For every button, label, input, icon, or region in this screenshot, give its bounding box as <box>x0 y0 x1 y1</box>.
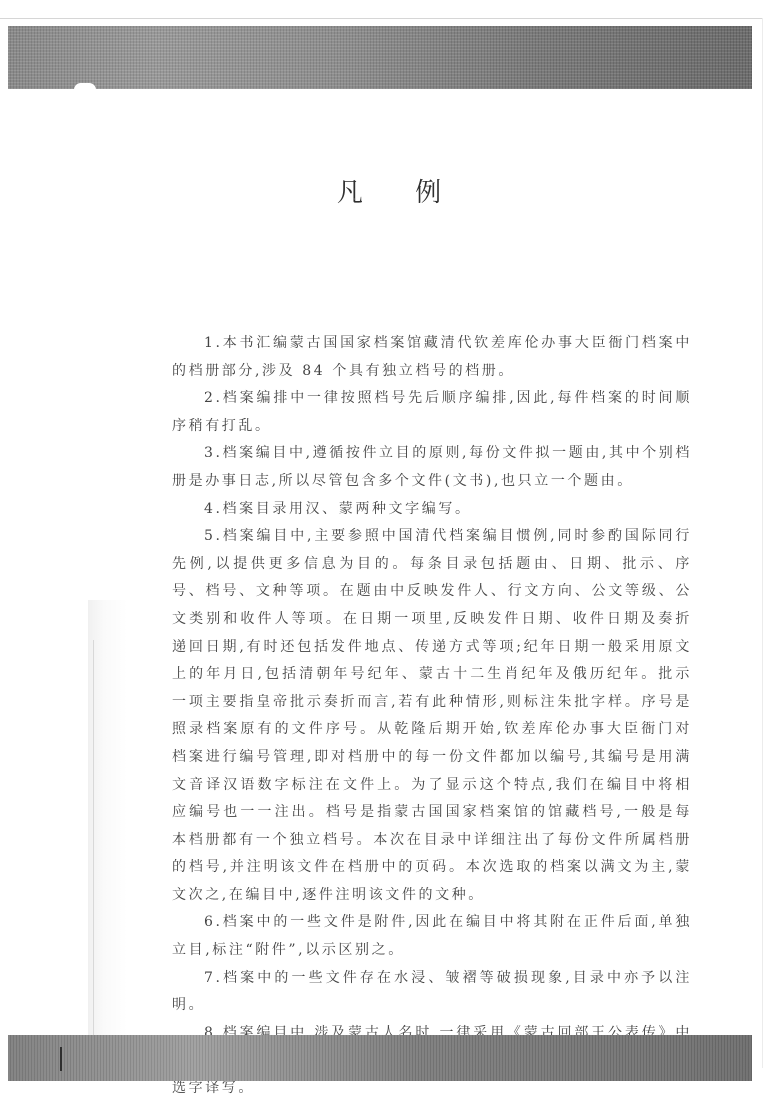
document-body: 1.本书汇编蒙古国国家档案馆藏清代钦差库伦办事大臣衙门档案中的档册部分,涉及 8… <box>172 330 692 1101</box>
page-top-edge <box>0 18 762 19</box>
binding-fold-line <box>93 640 94 1038</box>
paragraph-3: 3.档案编目中,遵循按件立目的原则,每份文件拟一题由,其中个别档册是办事日志,所… <box>172 440 692 495</box>
binding-shadow <box>88 600 128 1040</box>
title-marker: . <box>352 188 356 204</box>
paragraph-2: 2.档案编排中一律按照档号先后顺序编排,因此,每件档案的时间顺序稍有打乱。 <box>172 385 692 440</box>
paragraph-7: 7.档案中的一些文件存在水浸、皱褶等破损现象,目录中亦予以注明。 <box>172 965 692 1020</box>
paragraph-1: 1.本书汇编蒙古国国家档案馆藏清代钦差库伦办事大臣衙门档案中的档册部分,涉及 8… <box>172 330 692 385</box>
band-mark <box>60 1047 62 1071</box>
scan-margin-top-band <box>8 26 752 89</box>
page-title: . 凡 例 <box>0 172 778 209</box>
paragraph-5: 5.档案编目中,主要参照中国清代档案编目惯例,同时参酌国际同行先例,以提供更多信… <box>172 523 692 909</box>
paragraph-6: 6.档案中的一些文件是附件,因此在编目中将其附在正件后面,单独立目,标注“附件”… <box>172 909 692 964</box>
scan-margin-bottom-band <box>8 1035 752 1081</box>
band-notch <box>74 83 96 90</box>
paragraph-4: 4.档案目录用汉、蒙两种文字编写。 <box>172 496 692 524</box>
